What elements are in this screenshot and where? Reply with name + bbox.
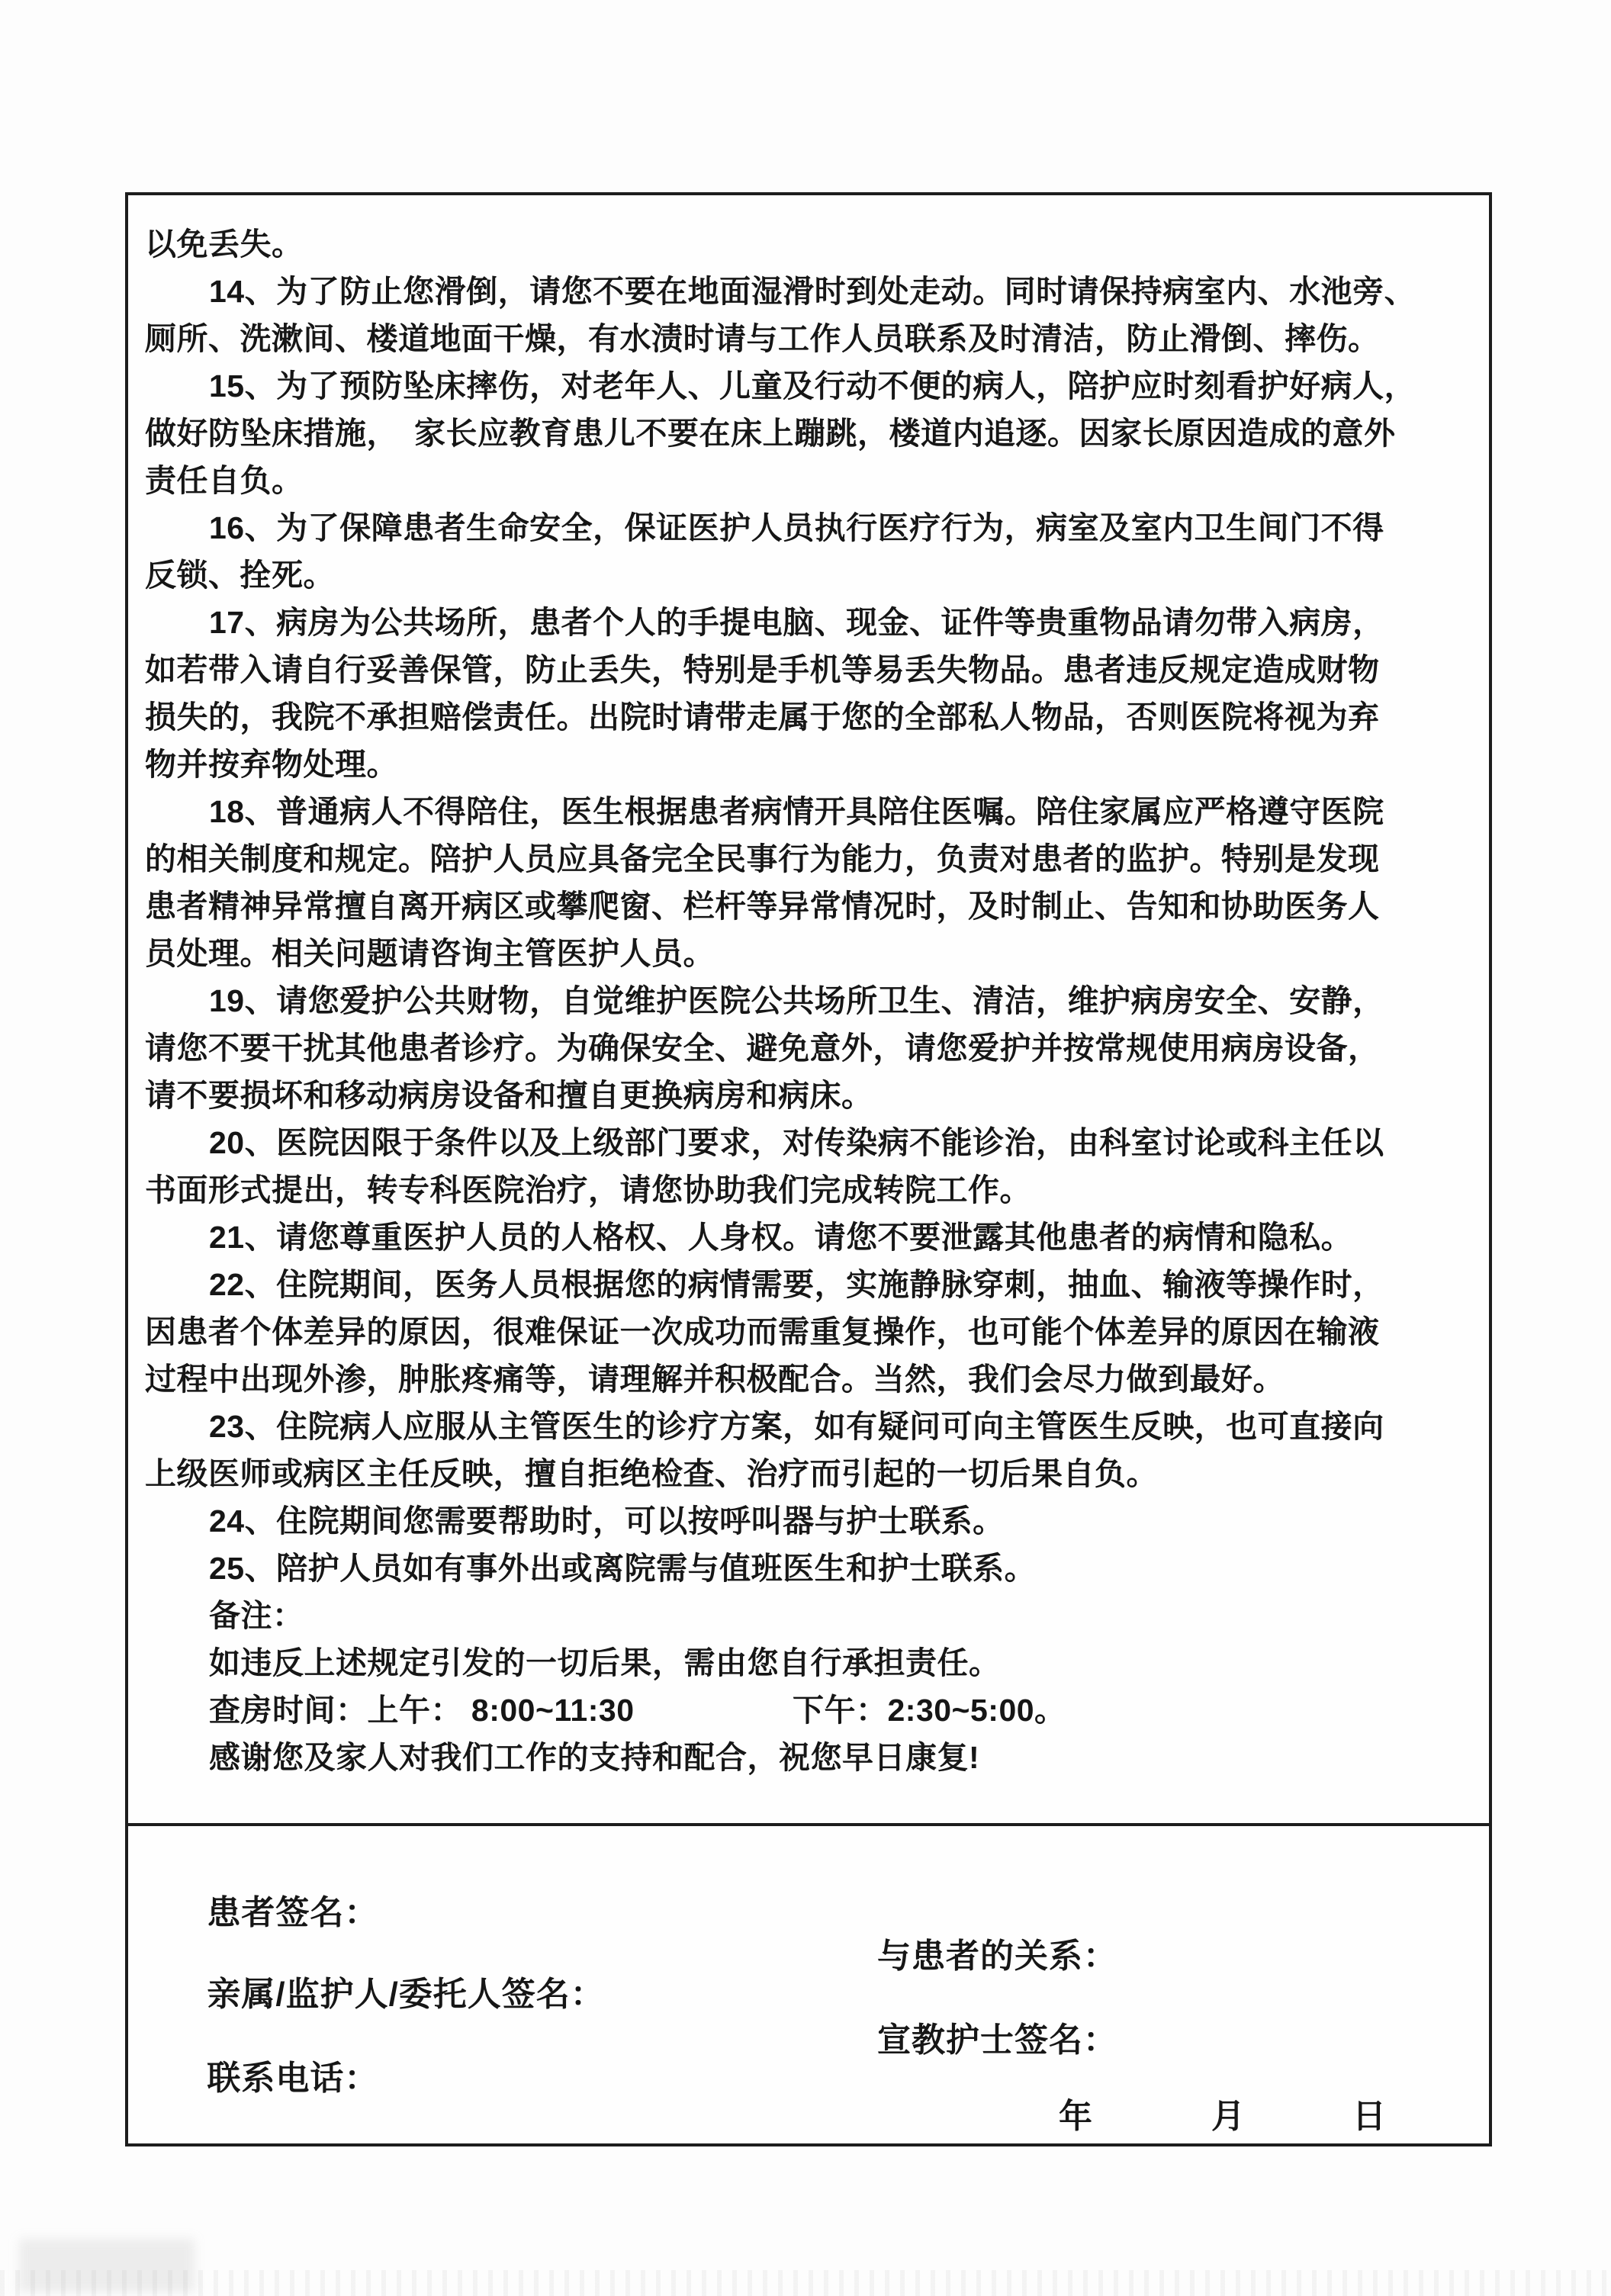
notice-line: 物并按弃物处理。	[145, 741, 1478, 788]
notice-line: 14、为了防止您滑倒，请您不要在地面湿滑时到处走动。同时请保持病室内、水池旁、	[145, 268, 1478, 315]
notice-line: 如若带入请自行妥善保管，防止丢失，特别是手机等易丢失物品。患者违反规定造成财物	[145, 646, 1478, 693]
date-month-label: 月	[1211, 2089, 1245, 2137]
notice-line: 的相关制度和规定。陪护人员应具备完全民事行为能力，负责对患者的监护。特别是发现	[145, 835, 1478, 883]
notice-line: 25、陪护人员如有事外出或离院需与值班医生和护士联系。	[145, 1545, 1478, 1592]
guardian-signature-label: 亲属/监护人/委托人签名：	[207, 1976, 604, 2013]
notice-line: 上级医师或病区主任反映，擅自拒绝检查、治疗而引起的一切后果自负。	[145, 1450, 1478, 1497]
notice-line: 责任自负。	[145, 457, 1478, 504]
notice-line: 过程中出现外渗，肿胀疼痛等，请理解并积极配合。当然，我们会尽力做到最好。	[145, 1355, 1478, 1403]
signature-divider	[125, 1823, 1492, 1826]
notice-line: 24、住院期间您需要帮助时，可以按呼叫器与护士联系。	[145, 1497, 1478, 1545]
nurse-signature-label: 宣教护士签名：	[877, 2012, 1117, 2061]
relation-label: 与患者的关系：	[877, 1928, 1117, 1977]
notice-line: 21、请您尊重医护人员的人格权、人身权。请您不要泄露其他患者的病情和隐私。	[145, 1214, 1478, 1261]
notice-line: 16、为了保障患者生命安全，保证医护人员执行医疗行为，病室及室内卫生间门不得	[145, 504, 1478, 551]
notice-line: 19、请您爱护公共财物，自觉维护医院公共场所卫生、清洁，维护病房安全、安静，	[145, 977, 1478, 1024]
notice-line: 18、普通病人不得陪住，医生根据患者病情开具陪住医嘱。陪住家属应严格遵守医院	[145, 788, 1478, 835]
notice-line: 备注：	[145, 1592, 1478, 1639]
notice-line: 23、住院病人应服从主管医生的诊疗方案，如有疑问可向主管医生反映，也可直接向	[145, 1403, 1478, 1450]
document-page: 以免丢失。14、为了防止您滑倒，请您不要在地面湿滑时到处走动。同时请保持病室内、…	[0, 0, 1611, 2296]
notice-line: 损失的，我院不承担赔偿责任。出院时请带走属于您的全部私人物品，否则医院将视为弃	[145, 693, 1478, 741]
notice-line: 请您不要干扰其他患者诊疗。为确保安全、避免意外，请您爱护并按常规使用病房设备，	[145, 1024, 1478, 1072]
notice-line: 15、为了预防坠床摔伤，对老年人、儿童及行动不便的病人，陪护应时刻看护好病人，	[145, 362, 1478, 410]
notice-line: 请不要损坏和移动病房设备和擅自更换病房和病床。	[145, 1072, 1478, 1119]
notice-line: 如违反上述规定引发的一切后果，需由您自行承担责任。	[145, 1639, 1478, 1687]
notice-line: 书面形式提出，转专科医院治疗，请您协助我们完成转院工作。	[145, 1166, 1478, 1214]
scan-artifact-noise	[0, 2270, 1611, 2296]
notice-line: 反锁、拴死。	[145, 551, 1478, 599]
patient-signature-label: 患者签名：	[207, 1894, 378, 1931]
notice-line: 22、住院期间，医务人员根据您的病情需要，实施静脉穿刺，抽血、输液等操作时，	[145, 1261, 1478, 1308]
notice-line: 患者精神异常擅自离开病区或攀爬窗、栏杆等异常情况时，及时制止、告知和协助医务人	[145, 883, 1478, 930]
notice-line: 厕所、洗漱间、楼道地面干燥，有水渍时请与工作人员联系及时清洁，防止滑倒、摔伤。	[145, 315, 1478, 362]
notice-line: 查房时间：上午： 8:00~11:30 下午：2:30~5:00。	[145, 1687, 1478, 1734]
notice-line: 17、病房为公共场所，患者个人的手提电脑、现金、证件等贵重物品请勿带入病房，	[145, 599, 1478, 646]
date-year-label: 年	[1059, 2089, 1092, 2137]
notice-line: 因患者个体差异的原因，很难保证一次成功而需重复操作，也可能个体差异的原因在输液	[145, 1308, 1478, 1355]
notice-line: 员处理。相关问题请咨询主管医护人员。	[145, 930, 1478, 977]
notice-line: 做好防坠床措施， 家长应教育患儿不要在床上蹦跳，楼道内追逐。因家长原因造成的意外	[145, 410, 1478, 457]
date-row: 年 月 日	[128, 2089, 1489, 2134]
notice-line: 20、医院因限于条件以及上级部门要求，对传染病不能诊治，由科室讨论或科主任以	[145, 1119, 1478, 1166]
notice-line: 感谢您及家人对我们工作的支持和配合，祝您早日康复!	[145, 1734, 1478, 1781]
notice-text: 以免丢失。14、为了防止您滑倒，请您不要在地面湿滑时到处走动。同时请保持病室内、…	[145, 220, 1478, 1781]
date-day-label: 日	[1352, 2089, 1386, 2137]
notice-line: 以免丢失。	[145, 220, 1478, 268]
notice-box: 以免丢失。14、为了防止您滑倒，请您不要在地面湿滑时到处走动。同时请保持病室内、…	[125, 192, 1492, 2146]
